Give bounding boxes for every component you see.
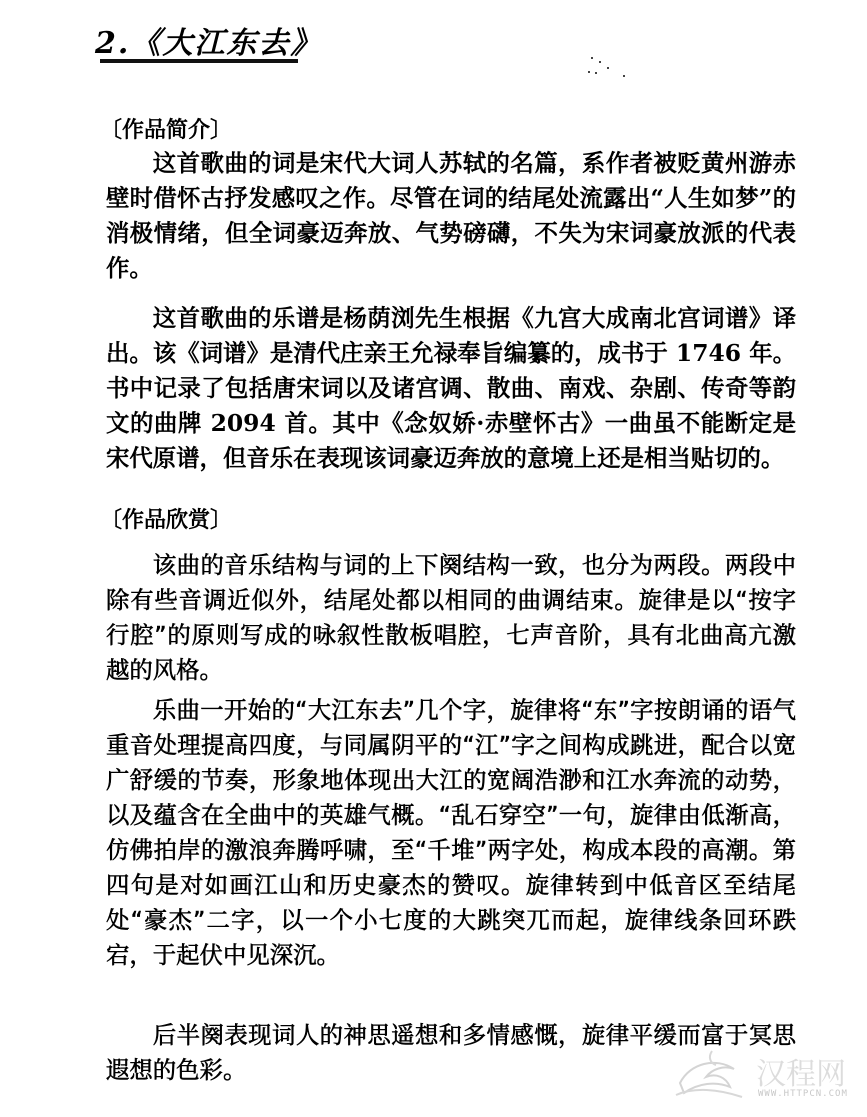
- scan-specks: [585, 55, 645, 85]
- intro-paragraph-2: 这首歌曲的乐谱是杨荫浏先生根据《九宫大成南北宫词谱》译出。该《词谱》是清代庄亲王…: [106, 301, 796, 476]
- page-title: 2.《大江东去》: [95, 18, 322, 62]
- watermark: 汉程网 WWW.HTTPCN.COM: [672, 1047, 862, 1105]
- watermark-url: WWW.HTTPCN.COM: [758, 1089, 848, 1099]
- title-underline: [100, 59, 298, 63]
- appreciation-paragraph-2: 乐曲一开始的“大江东去”几个字，旋律将“东”字按朗诵的语气重音处理提高四度，与同…: [106, 693, 796, 973]
- watermark-logo-text: 汉程网: [756, 1049, 846, 1093]
- section-heading-intro: 〔作品简介〕: [100, 113, 232, 144]
- section-heading-appreciation: 〔作品欣赏〕: [100, 503, 232, 534]
- intro-paragraph-1: 这首歌曲的词是宋代大词人苏轼的名篇，系作者被贬黄州游赤壁时借怀古抒发感叹之作。尽…: [106, 146, 796, 286]
- dolphin-logo-icon: [672, 1047, 752, 1105]
- appreciation-paragraph-1: 该曲的音乐结构与词的上下阕结构一致，也分为两段。两段中除有些音调近似外，结尾处都…: [106, 548, 796, 688]
